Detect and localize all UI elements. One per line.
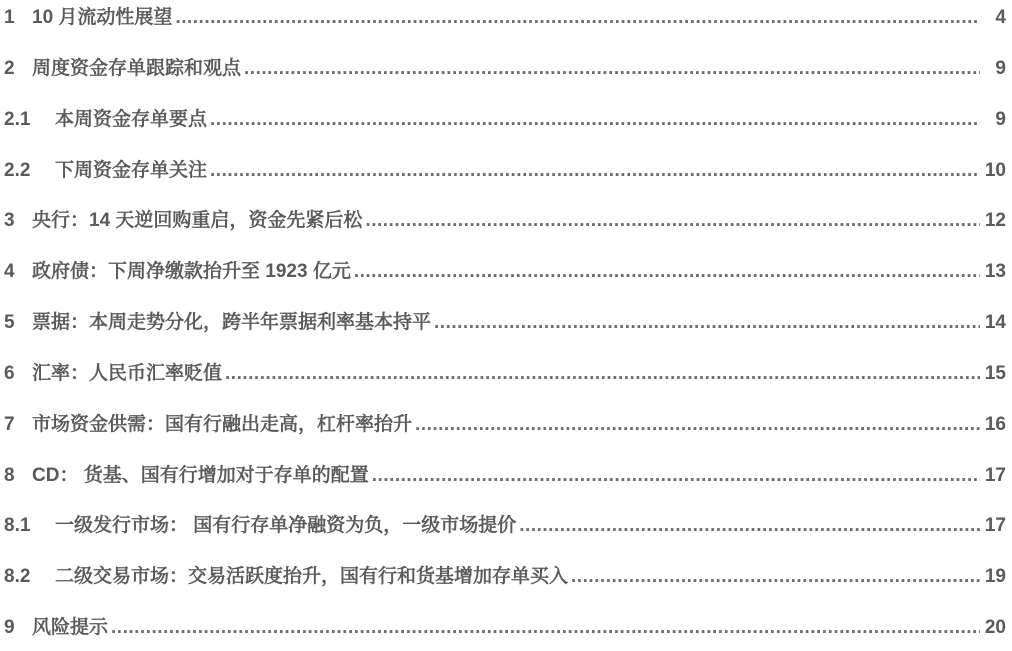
toc-entry-page: 19: [980, 552, 1006, 603]
dot-leader: ........................................…: [571, 552, 980, 603]
dot-leader: ........................................…: [372, 451, 980, 502]
toc-entry-number: 3: [4, 196, 32, 247]
toc-entry-page: 17: [980, 451, 1006, 502]
toc-entry-number: 7: [4, 400, 32, 451]
toc-entry-title: 市场资金供需：国有行融出走高，杠杆率抬升: [32, 400, 412, 451]
dot-leader: ........................................…: [415, 400, 980, 451]
toc-entry-title: 一级发行市场： 国有行存单净融资为负，一级市场提价: [55, 501, 516, 552]
toc-entry-number: 8: [4, 451, 32, 502]
dot-leader: ........................................…: [519, 501, 980, 552]
dot-leader: ........................................…: [365, 196, 980, 247]
toc-entry[interactable]: 3 央行：14 天逆回购重启，资金先紧后松 ..................…: [4, 196, 1006, 247]
toc-entry-title: 央行：14 天逆回购重启，资金先紧后松: [32, 196, 362, 247]
toc-entry-page: 9: [980, 44, 1006, 95]
toc-entry[interactable]: 8.2 二级交易市场：交易活跃度抬升，国有行和货基增加存单买入 ........…: [4, 552, 1006, 603]
toc-entry-page: 20: [980, 603, 1006, 651]
toc-entry-title: CD： 货基、国有行增加对于存单的配置: [32, 451, 369, 502]
toc-entry-number: 2.2: [4, 146, 55, 197]
toc-entry[interactable]: 7 市场资金供需：国有行融出走高，杠杆率抬升 .................…: [4, 400, 1006, 451]
toc-entry[interactable]: 1 10 月流动性展望 ............................…: [4, 0, 1006, 44]
toc-entry-page: 14: [980, 298, 1006, 349]
toc-entry-page: 16: [980, 400, 1006, 451]
toc-entry-title: 政府债：下周净缴款抬升至 1923 亿元: [32, 247, 351, 298]
toc-entry-number: 8.2: [4, 552, 55, 603]
toc-entry-page: 12: [980, 196, 1006, 247]
toc-entry[interactable]: 6 汇率：人民币汇率贬值 ...........................…: [4, 349, 1006, 400]
toc-entry-number: 8.1: [4, 501, 55, 552]
toc-entry-page: 9: [980, 95, 1006, 146]
toc-entry-page: 10: [980, 146, 1006, 197]
toc-entry-number: 5: [4, 298, 32, 349]
toc-entry-number: 2: [4, 44, 32, 95]
toc-entry-title: 票据：本周走势分化，跨半年票据利率基本持平: [32, 298, 431, 349]
toc-entry-title: 汇率：人民币汇率贬值: [32, 349, 222, 400]
dot-leader: ........................................…: [244, 44, 980, 95]
dot-leader: ........................................…: [175, 0, 980, 44]
dot-leader: ........................................…: [225, 349, 980, 400]
toc-entry[interactable]: 4 政府债：下周净缴款抬升至 1923 亿元 .................…: [4, 247, 1006, 298]
toc-entry[interactable]: 8 CD： 货基、国有行增加对于存单的配置 ..................…: [4, 451, 1006, 502]
dot-leader: ........................................…: [210, 95, 980, 146]
toc-entry-number: 1: [4, 0, 32, 44]
toc-entry[interactable]: 5 票据：本周走势分化，跨半年票据利率基本持平 ................…: [4, 298, 1006, 349]
toc-entry-title: 周度资金存单跟踪和观点: [32, 44, 241, 95]
toc-entry-title: 本周资金存单要点: [55, 95, 207, 146]
table-of-contents: 1 10 月流动性展望 ............................…: [0, 0, 1012, 651]
dot-leader: ........................................…: [354, 247, 980, 298]
toc-entry-number: 2.1: [4, 95, 55, 146]
dot-leader: ........................................…: [434, 298, 980, 349]
toc-entry-title: 下周资金存单关注: [55, 146, 207, 197]
toc-entry[interactable]: 2.2 下周资金存单关注 ...........................…: [4, 146, 1006, 197]
toc-entry-number: 6: [4, 349, 32, 400]
toc-entry-page: 17: [980, 501, 1006, 552]
toc-entry[interactable]: 2.1 本周资金存单要点 ...........................…: [4, 95, 1006, 146]
toc-entry-number: 4: [4, 247, 32, 298]
toc-entry-page: 4: [980, 0, 1006, 44]
toc-entry-page: 15: [980, 349, 1006, 400]
toc-entry-page: 13: [980, 247, 1006, 298]
toc-entry-number: 9: [4, 603, 32, 651]
toc-entry-title: 二级交易市场：交易活跃度抬升，国有行和货基增加存单买入: [55, 552, 568, 603]
toc-entry[interactable]: 9 风险提示 .................................…: [4, 603, 1006, 651]
toc-entry[interactable]: 8.1 一级发行市场： 国有行存单净融资为负，一级市场提价 ..........…: [4, 501, 1006, 552]
dot-leader: ........................................…: [210, 146, 980, 197]
dot-leader: ........................................…: [111, 603, 980, 651]
toc-entry-title: 风险提示: [32, 603, 108, 651]
toc-entry[interactable]: 2 周度资金存单跟踪和观点 ..........................…: [4, 44, 1006, 95]
toc-entry-title: 10 月流动性展望: [32, 0, 172, 44]
